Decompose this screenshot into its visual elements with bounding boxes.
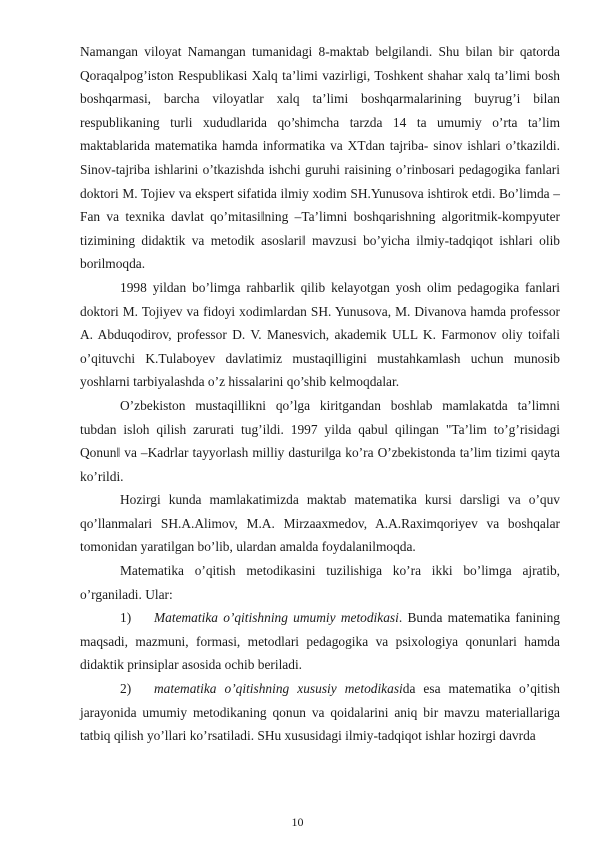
paragraph: 1998 yildan bo’limga rahbarlik qilib kel…: [80, 276, 560, 394]
list-number: 1): [120, 606, 154, 630]
document-page: Namangan viloyat Namangan tumanidagi 8-m…: [80, 40, 560, 748]
list-item: 1)Matematika o’qitishning umumiy metodik…: [80, 606, 560, 677]
page-number: 10: [0, 815, 595, 830]
paragraph: O’zbekiston mustaqillikni qo’lga kiritga…: [80, 394, 560, 488]
paragraph: Matematika o’qitish metodikasini tuzilis…: [80, 559, 560, 606]
list-number: 2): [120, 677, 154, 701]
list-item: 2)matematika o’qitishning xususiy metodi…: [80, 677, 560, 748]
list-item-title: matematika o’qitishning xususiy metodika…: [154, 681, 403, 696]
paragraph: Hozirgi kunda mamlakatimizda maktab mate…: [80, 488, 560, 559]
list-item-title: Matematika o’qitishning umumiy metodikas…: [154, 610, 399, 625]
paragraph: Namangan viloyat Namangan tumanidagi 8-m…: [80, 40, 560, 276]
